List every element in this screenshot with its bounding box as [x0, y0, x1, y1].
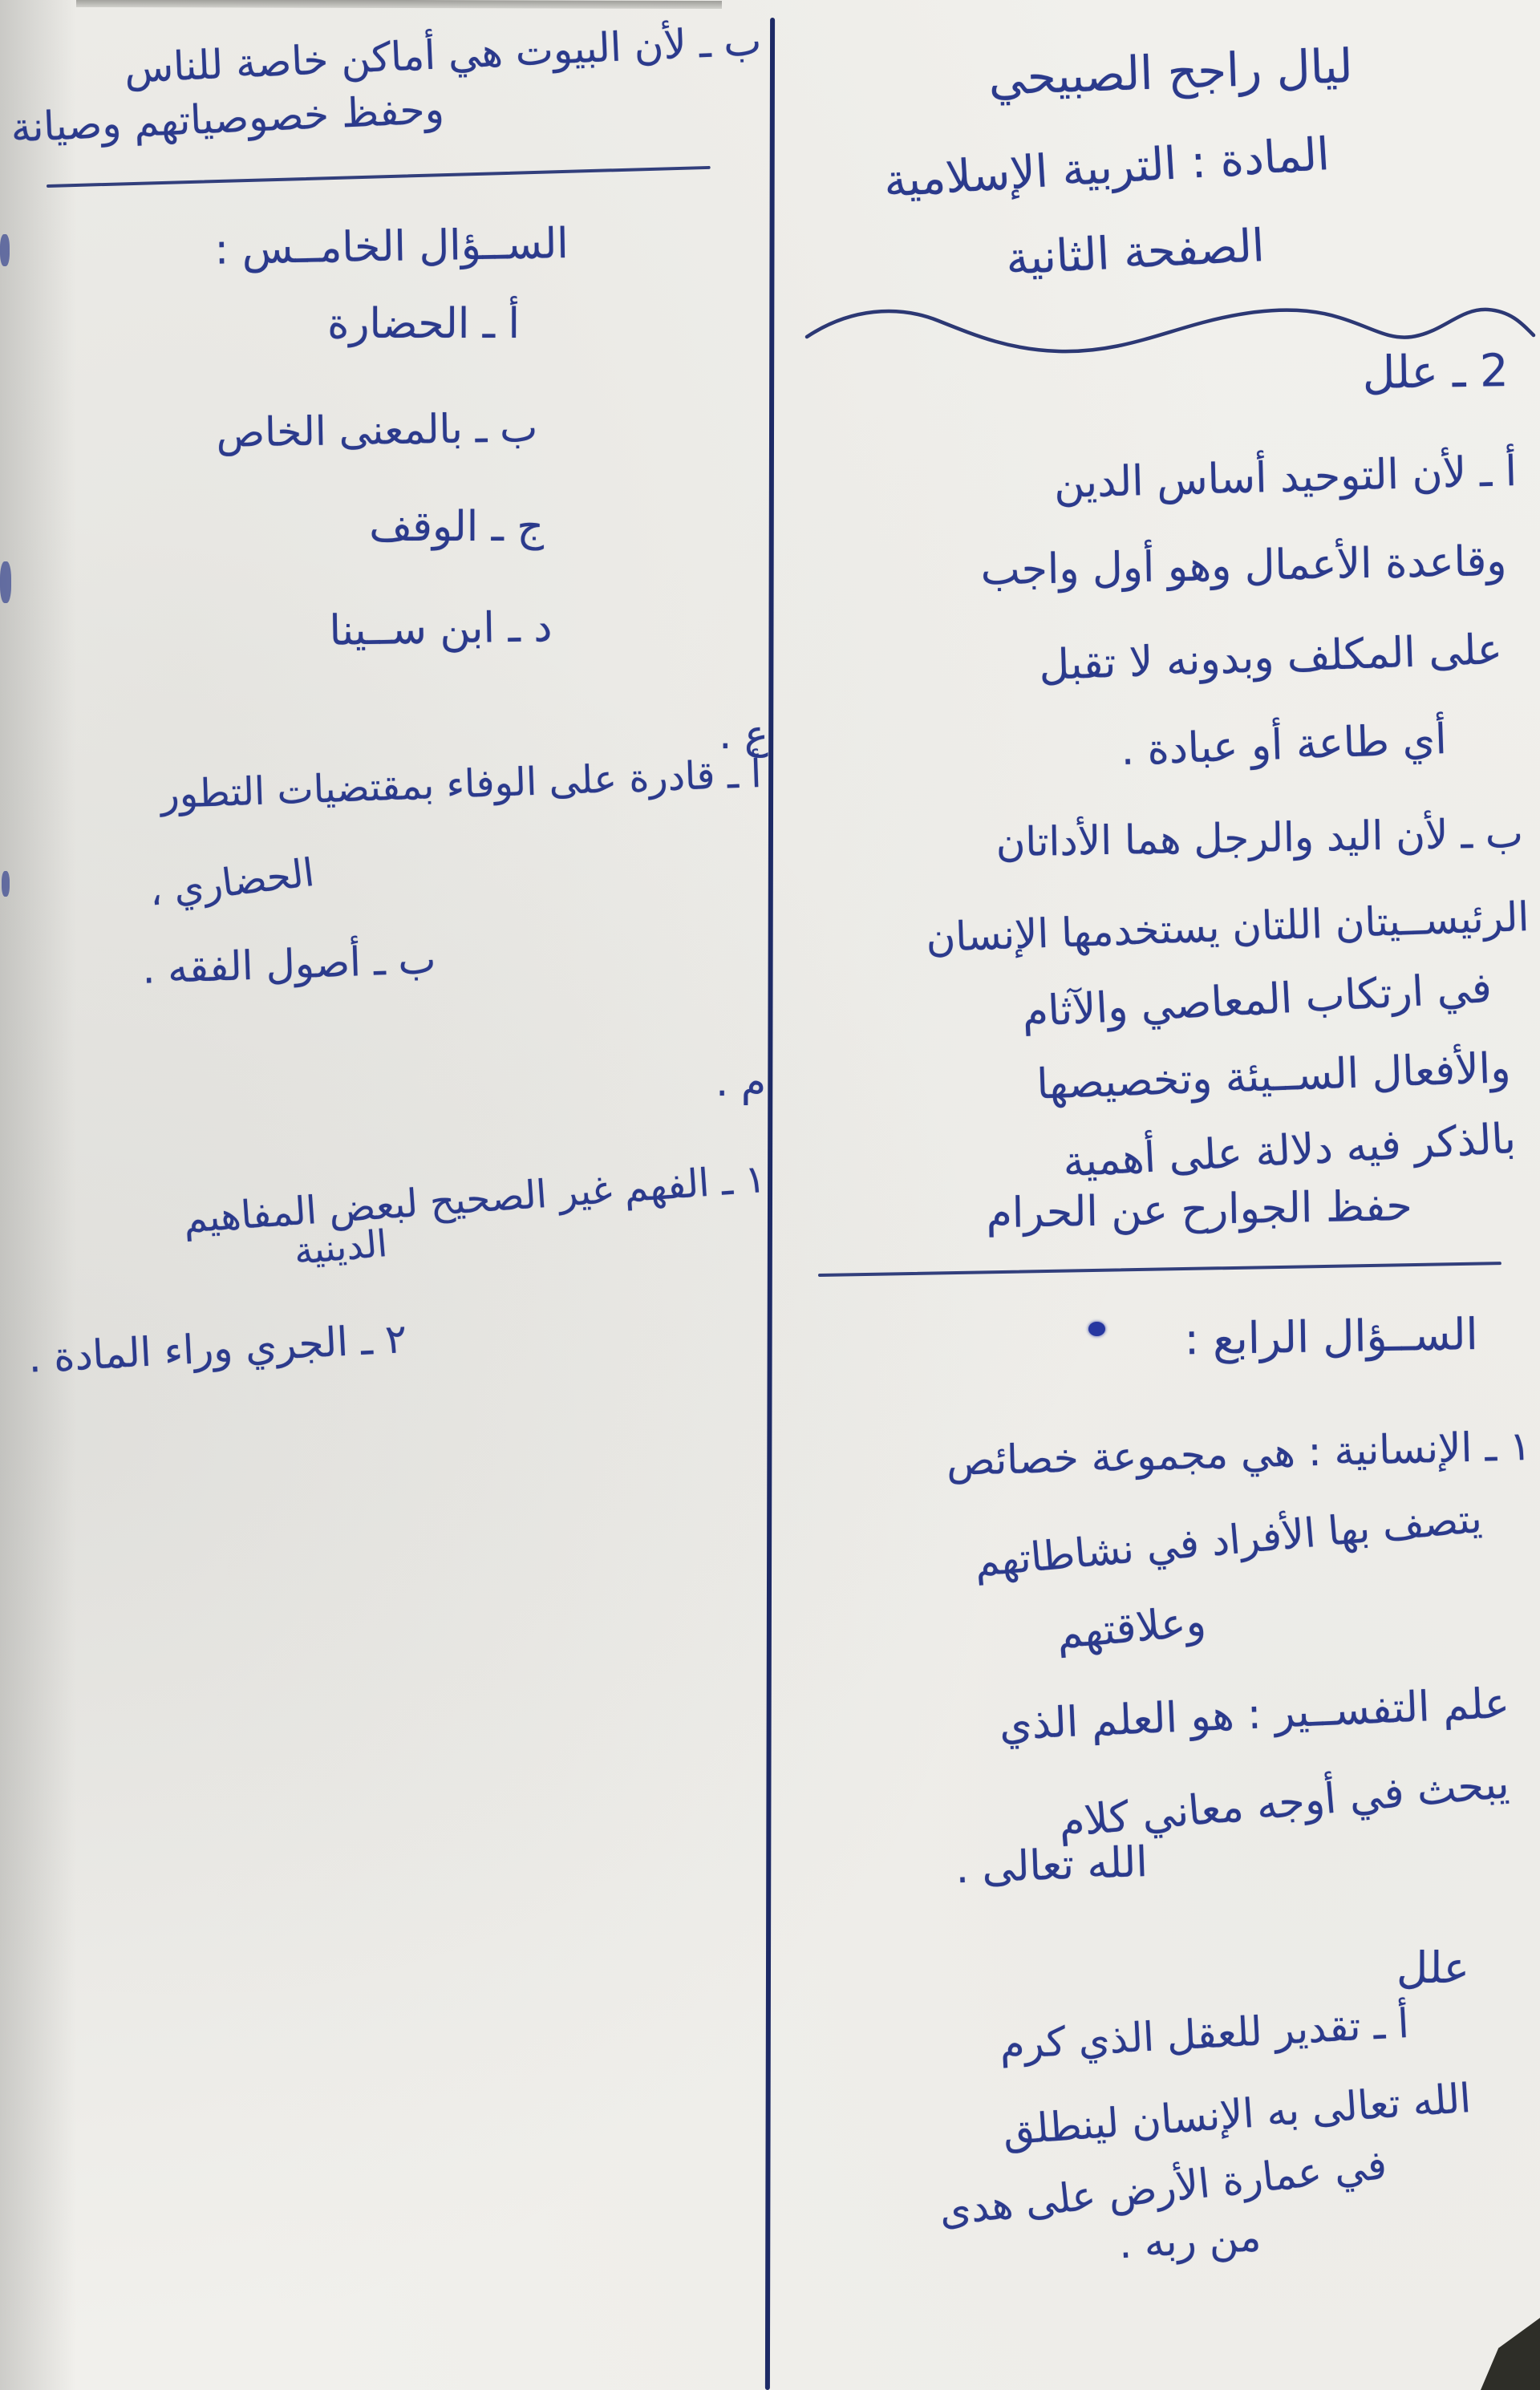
answer-line: وعلاقتهم: [1054, 1596, 1207, 1661]
answer-line: أ ـ الحضارة: [327, 298, 520, 350]
edge-artifact: [2, 871, 10, 897]
scan-corner-mark: [1481, 2318, 1540, 2390]
answer-line: بالذكر فيه دلالة على أهمية: [1062, 1113, 1518, 1189]
edge-artifact: [0, 561, 11, 603]
question-4-heading: الســؤال الرابع :: [1184, 1307, 1478, 1367]
student-name: ليال راجح الصبيحي: [987, 37, 1353, 107]
scan-edge-top: [76, 0, 722, 9]
answer-line: د ـ ابن ســينا: [329, 602, 553, 658]
item-marker: م .: [715, 1057, 766, 1108]
answer-line: أ ـ لأن التوحيد أساس الدين: [1053, 446, 1518, 510]
answer-line: ب ـ لأن اليد والرجل هما الأداتان: [995, 808, 1523, 868]
subject-line: المادة : التربية الإسلامية: [882, 127, 1331, 210]
answer-line: وقاعدة الأعمال وهو أول واجب: [980, 536, 1507, 597]
scanned-answer-sheet: ليال راجح الصبيحي المادة : التربية الإسل…: [0, 0, 1540, 2390]
answer-line: أي طاعة أو عبادة .: [1120, 714, 1447, 777]
answer-line: الحضاري ،: [147, 849, 317, 917]
answer-line: ب ـ أصول الفقه .: [141, 934, 436, 994]
explain-heading: علل: [1396, 1941, 1469, 1995]
answer-line: ج ـ الوقف: [369, 501, 544, 553]
answer-line: حفظ الجوارح عن الحرام: [986, 1181, 1412, 1240]
column-divider-line: [765, 18, 775, 2390]
answer-line: الرئيســيتان اللتان يستخدمها الإنسان: [925, 892, 1530, 963]
answer-line: ٢ ـ الجري وراء المادة .: [26, 1314, 407, 1383]
scan-shadow-left: [0, 0, 76, 2390]
answer-line: ١ ـ الإنسانية : هي مجموعة خصائص: [946, 1421, 1531, 1487]
answer-line: أ ـ تقدير للعقل الذي كرم: [999, 1999, 1410, 2070]
answer-line: من ربه .: [1117, 2212, 1262, 2270]
answer-line: وحفظ خصوصياتهم وصيانة الحرمات .: [0, 84, 445, 161]
section-divider-line: [47, 166, 711, 188]
answer-line: في ارتكاب المعاصي والآثام: [1021, 962, 1493, 1039]
page-label: الصفحة الثانية: [1005, 218, 1266, 288]
question-5-heading: الســؤال الخامــس :: [214, 218, 569, 277]
answer-line: الله تعالى .: [955, 1837, 1149, 1895]
answer-line: الله تعالى به الإنسان لينطلق: [1002, 2073, 1473, 2156]
answer-line: ب ـ لأن البيوت هي أماكن خاصة للناس: [124, 16, 763, 94]
answer-line: يبحث في أوجه معاني كلام: [1056, 1758, 1511, 1849]
ink-blot: [1088, 1322, 1105, 1336]
answer-line: ب ـ بالمعنى الخاص: [216, 403, 538, 458]
question-2-heading: 2 ـ علل: [1362, 343, 1509, 402]
answer-line: أ ـ قادرة على الوفاء بمقتضيات التطور: [160, 750, 762, 819]
answer-line: والأفعال الســيئة وتخصيصها: [1035, 1043, 1511, 1112]
answer-line: على المكلف وبدونه لا تقبل: [1039, 624, 1504, 692]
answer-line: يتصف بها الأفراد في نشاطاتهم: [973, 1493, 1485, 1588]
edge-artifact: [0, 234, 10, 266]
answer-line: علم التفســير : هو العلم الذي: [998, 1678, 1510, 1752]
answer-line: الدينية: [292, 1221, 389, 1274]
answer-line: ١ ـ الفهم غير الصحيح لبعض المفاهيم: [182, 1155, 768, 1244]
section-divider-line: [818, 1262, 1501, 1277]
